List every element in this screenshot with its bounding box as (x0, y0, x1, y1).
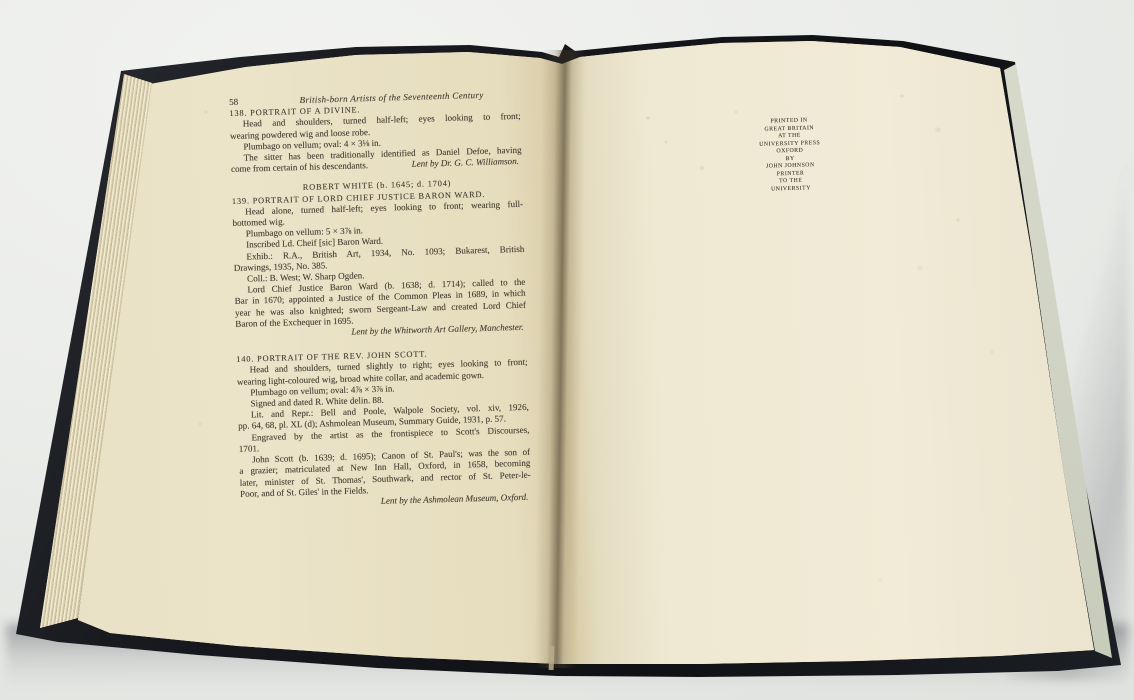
gutter-shadow (534, 50, 587, 669)
lender-credit: Lent by Dr. G. C. Williamson. (411, 156, 522, 170)
text-line: come from certain of his descendants. (231, 160, 368, 175)
gutter-page-edges (549, 646, 555, 670)
printer-colophon: PRINTED IN GREAT BRITAIN AT THE UNIVERSI… (752, 117, 828, 194)
book-photo: 58 British-born Artists of the Seventeen… (0, 0, 1134, 700)
left-page-text: 58 British-born Artists of the Seventeen… (229, 89, 531, 511)
